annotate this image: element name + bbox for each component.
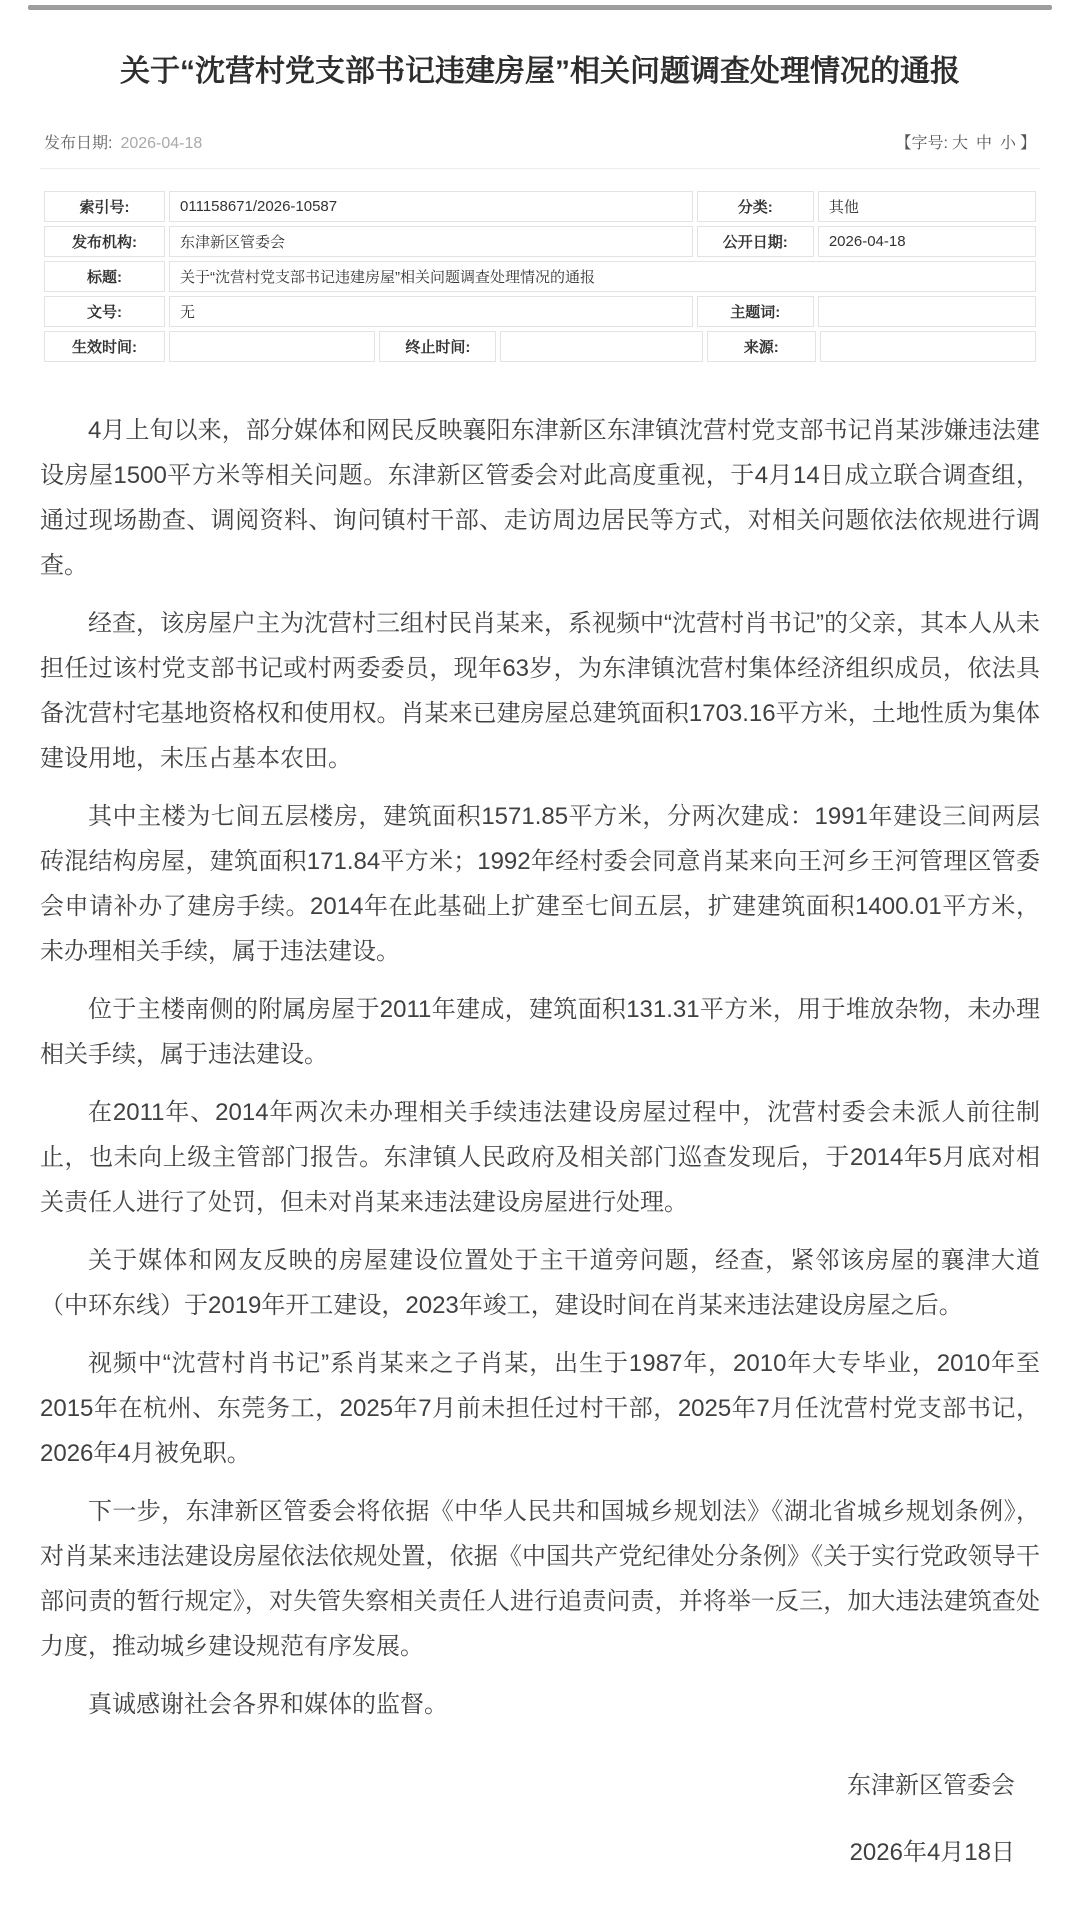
signature-org: 东津新区管委会 (0, 1765, 1015, 1800)
doc-title-value: 关于“沈营村党支部书记违建房屋”相关问题调查处理情况的通报 (169, 261, 1036, 292)
issuing-agency-value: 东津新区管委会 (169, 226, 693, 257)
publish-date-value: 2026-04-18 (120, 135, 202, 152)
effective-date-label: 生效时间: (44, 331, 165, 362)
effective-date-value (169, 331, 375, 362)
table-row: 索引号: 011158671/2026-10587 分类: 其他 (44, 191, 1036, 222)
page-title: 关于“沈营村党支部书记违建房屋”相关问题调查处理情况的通报 (25, 50, 1055, 94)
font-size-small-button[interactable]: 小 (1000, 135, 1016, 152)
keywords-label: 主题词: (697, 296, 814, 327)
signature-block: 东津新区管委会 2026年4月18日 (0, 1765, 1015, 1867)
source-label: 来源: (707, 331, 816, 362)
index-number-value: 011158671/2026-10587 (169, 191, 693, 222)
source-value (820, 331, 1036, 362)
font-size-suffix: 】 (1020, 135, 1036, 152)
document-info-table: 索引号: 011158671/2026-10587 分类: 其他 发布机构: 东… (44, 191, 1036, 362)
body-paragraph: 位于主楼南侧的附属房屋于2011年建成，建筑面积131.31平方米，用于堆放杂物… (40, 987, 1040, 1077)
table-row: 发布机构: 东津新区管委会 公开日期: 2026-04-18 (44, 226, 1036, 257)
body-paragraph: 下一步，东津新区管委会将依据《中华人民共和国城乡规划法》《湖北省城乡规划条例》，… (40, 1489, 1040, 1669)
publish-date: 发布日期:2026-04-18 (44, 130, 202, 153)
body-paragraph: 关于媒体和网友反映的房屋建设位置处于主干道旁问题，经查，紧邻该房屋的襄津大道（中… (40, 1238, 1040, 1328)
body-paragraph: 经查，该房屋户主为沈营村三组村民肖某来，系视频中“沈营村肖书记”的父亲，其本人从… (40, 601, 1040, 781)
index-number-label: 索引号: (44, 191, 165, 222)
signature-date: 2026年4月18日 (0, 1832, 1015, 1867)
body-paragraph: 真诚感谢社会各界和媒体的监督。 (40, 1682, 1040, 1727)
doc-number-value: 无 (169, 296, 693, 327)
category-label: 分类: (697, 191, 814, 222)
table-row: 文号: 无 主题词: (44, 296, 1036, 327)
open-date-label: 公开日期: (697, 226, 814, 257)
body-paragraph: 4月上旬以来，部分媒体和网民反映襄阳东津新区东津镇沈营村党支部书记肖某涉嫌违法建… (40, 408, 1040, 588)
font-size-prefix: 【字号: (895, 135, 947, 152)
open-date-value: 2026-04-18 (818, 226, 1036, 257)
body-paragraph: 视频中“沈营村肖书记”系肖某来之子肖某，出生于1987年，2010年大专毕业，2… (40, 1341, 1040, 1476)
table-row: 标题: 关于“沈营村党支部书记违建房屋”相关问题调查处理情况的通报 (44, 261, 1036, 292)
category-value: 其他 (818, 191, 1036, 222)
issuing-agency-label: 发布机构: (44, 226, 165, 257)
notice-page: 关于“沈营村党支部书记违建房屋”相关问题调查处理情况的通报 发布日期:2026-… (0, 0, 1080, 1907)
font-size-large-button[interactable]: 大 (952, 135, 968, 152)
font-size-control: 【字号:大中小】 (895, 130, 1036, 153)
table-row: 生效时间: 终止时间: 来源: (44, 331, 1036, 362)
publish-date-label: 发布日期: (44, 135, 112, 152)
font-size-medium-button[interactable]: 中 (976, 135, 992, 152)
body-paragraph: 其中主楼为七间五层楼房，建筑面积1571.85平方米，分两次建成：1991年建设… (40, 794, 1040, 974)
header-divider (40, 168, 1040, 169)
doc-number-label: 文号: (44, 296, 165, 327)
end-date-value (500, 331, 702, 362)
notice-body: 4月上旬以来，部分媒体和网民反映襄阳东津新区东津镇沈营村党支部书记肖某涉嫌违法建… (40, 408, 1040, 1727)
body-paragraph: 在2011年、2014年两次未办理相关手续违法建设房屋过程中，沈营村委会未派人前… (40, 1090, 1040, 1225)
keywords-value (818, 296, 1036, 327)
end-date-label: 终止时间: (379, 331, 496, 362)
doc-title-label: 标题: (44, 261, 165, 292)
meta-bar: 发布日期:2026-04-18 【字号:大中小】 (44, 130, 1036, 153)
top-divider-bar (28, 5, 1052, 10)
